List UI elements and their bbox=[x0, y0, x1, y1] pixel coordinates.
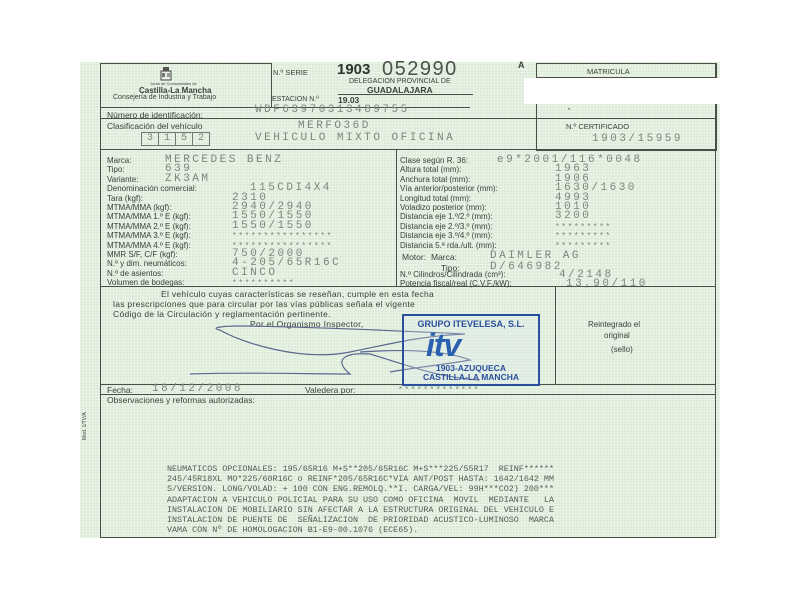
certificado-value: 1903/15959 bbox=[592, 133, 683, 145]
observaciones-text: NEUMATICOS OPCIONALES: 195/65R16 M+S**20… bbox=[167, 464, 554, 535]
department: Consejería de Industria y Trabajo bbox=[113, 94, 216, 101]
spec-label: Denominación comercial: bbox=[107, 184, 197, 193]
fecha-label: Fecha: bbox=[107, 385, 133, 395]
spec-value: CINCO bbox=[232, 267, 278, 279]
spec-label: MTMA/MMA 3.º E (kgf): bbox=[107, 231, 191, 240]
potencia-label: Potencia fiscal/real (C.V.F./kW): bbox=[400, 279, 512, 288]
spec-label: MTMA/MMA 1.º E (kgf): bbox=[107, 212, 191, 221]
original-label: original bbox=[604, 331, 630, 340]
spec-value: ZK3AM bbox=[165, 173, 211, 185]
side-code: Mod. 1/TV/A bbox=[82, 412, 88, 440]
spec-label: Distancia 5.ª rda./ult. (mm): bbox=[400, 241, 497, 250]
spec-label: N.º y dim. neumáticos: bbox=[107, 259, 187, 268]
coat-of-arms-icon bbox=[160, 67, 172, 81]
sello-label: (sello) bbox=[611, 345, 633, 354]
spec-value: 1550/1550 bbox=[232, 220, 314, 232]
valedera-value: ************* bbox=[398, 386, 480, 395]
matricula-label: MATRICULA bbox=[587, 67, 630, 76]
vin-label: Número de identificación: bbox=[107, 110, 203, 120]
spec-label: Variante: bbox=[107, 175, 138, 184]
cert-line-3: Código de la Circulación y reglamentació… bbox=[113, 309, 331, 319]
stamp-company: GRUPO ITEVELESA, S.L. bbox=[404, 319, 538, 329]
spec-value: ********** bbox=[232, 279, 295, 288]
spec-value: ********* bbox=[555, 232, 612, 241]
spec-label: Tipo: bbox=[107, 165, 125, 174]
observaciones-label: Observaciones y reformas autorizadas: bbox=[107, 395, 255, 405]
stamp-region: CASTILLA-LA MANCHA bbox=[404, 372, 538, 382]
spec-label: Voladizo posterior (mm): bbox=[400, 203, 487, 212]
certificado-label: N.º CERTIFICADO bbox=[566, 122, 629, 131]
spec-label: Clase según R. 36: bbox=[400, 156, 468, 165]
motor-label: Motor: bbox=[402, 252, 426, 262]
spec-label: Distancia eje 1.º/2.º (mm): bbox=[400, 212, 493, 221]
serie-label: N.º SERIE bbox=[273, 68, 308, 77]
spec-label: Altura total (mm): bbox=[400, 165, 461, 174]
reintegrado-label: Reintegrado el bbox=[588, 320, 640, 329]
spec-value: **************** bbox=[232, 232, 333, 241]
matricula-redacted bbox=[524, 78, 720, 104]
spec-label: MTMA/MMA 4.º E (kgf): bbox=[107, 241, 191, 250]
class-digit: 1 bbox=[159, 132, 176, 146]
potencia-value: 13,90/110 bbox=[566, 278, 648, 290]
spec-label: Tara (kgf): bbox=[107, 194, 143, 203]
spec-label: Anchura total (mm): bbox=[400, 175, 470, 184]
spec-label: Distancia eje 2.º/3.º (mm): bbox=[400, 222, 493, 231]
spec-label: Volumen de bodegas: bbox=[107, 278, 184, 287]
spec-value: 3200 bbox=[555, 210, 591, 222]
estacion-label: ESTACION N.º bbox=[272, 96, 319, 103]
matricula-mark: " bbox=[568, 108, 571, 115]
divider bbox=[555, 286, 556, 384]
class-digit: 5 bbox=[176, 132, 193, 146]
classification-description: VEHICULO MIXTO OFICINA bbox=[255, 132, 455, 144]
spec-label: Distancia eje 3.º/4.º (mm): bbox=[400, 231, 493, 240]
class-digit: 3 bbox=[141, 132, 159, 146]
motor-marca-label: Marca: bbox=[431, 252, 457, 262]
itv-logo-icon: itv bbox=[426, 329, 460, 361]
spec-label: MMR S/F, C/F (kgf): bbox=[107, 250, 178, 259]
delegacion-label: DELEGACION PROVINCIAL DE bbox=[349, 78, 451, 85]
spec-label: Vía anterior/posterior (mm): bbox=[400, 184, 498, 193]
spec-label: Longitud total (mm): bbox=[400, 194, 471, 203]
serie-prefix: 1903 bbox=[337, 61, 370, 78]
spec-label: MTMA/MMA 2.º E (kgf): bbox=[107, 222, 191, 231]
cert-line-1: El vehículo cuyas características se res… bbox=[161, 289, 434, 299]
spec-label: Marca: bbox=[107, 156, 131, 165]
vin-value: WDF63970313489755 bbox=[255, 104, 410, 116]
valedera-label: Valedera por: bbox=[305, 385, 355, 395]
serie-letter: A bbox=[518, 60, 525, 70]
divider bbox=[396, 149, 397, 286]
classification-code: MERFO36D bbox=[298, 120, 371, 132]
cilindros-label: N.º Cilindros/Cilindrada (cm³): bbox=[400, 270, 506, 279]
spec-label: MTMA/MMA (kgf): bbox=[107, 203, 171, 212]
spec-value: ********* bbox=[555, 223, 612, 232]
classification-digits: 3 1 5 2 bbox=[141, 132, 210, 146]
class-digit: 2 bbox=[193, 132, 210, 146]
itv-stamp: GRUPO ITEVELESA, S.L. itv 1903-AZUQUECA … bbox=[402, 314, 540, 386]
fecha-value: 18/12/2008 bbox=[152, 383, 243, 395]
cert-line-2: las prescripciones que para circular por… bbox=[113, 299, 415, 309]
spec-label: N.º de asientos: bbox=[107, 269, 163, 278]
classification-label: Clasificación del vehículo bbox=[107, 121, 202, 131]
